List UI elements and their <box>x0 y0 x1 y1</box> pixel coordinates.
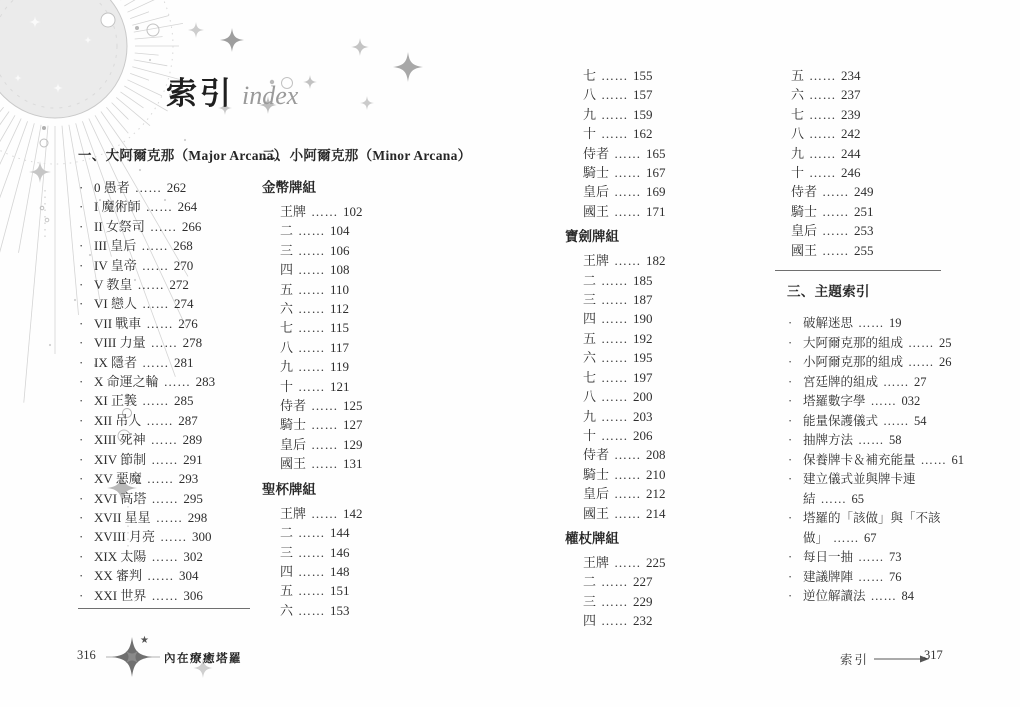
entry-label: 七 <box>583 370 596 385</box>
dots-leader: …… <box>146 413 173 428</box>
entry-page-ref: ……190 <box>596 311 653 326</box>
bullet-icon: · <box>79 547 83 566</box>
entry-page-number: 142 <box>343 506 363 521</box>
sun-ray <box>124 0 153 6</box>
bullet-icon: · <box>788 392 792 412</box>
sun-ray <box>0 112 9 132</box>
index-entry: ·破解迷思……19 <box>787 314 972 334</box>
dots-leader: …… <box>601 389 628 404</box>
entry-page-ref: ……110 <box>293 282 349 297</box>
entry-page-number: 246 <box>841 165 861 180</box>
entry-label: 騎士 <box>583 467 609 482</box>
sun-ray <box>0 123 34 293</box>
entry-page-number: 239 <box>841 107 861 122</box>
footer-section-label: 索引 <box>840 650 869 668</box>
entry-page-ref: ……227 <box>596 574 653 589</box>
dot <box>42 126 46 130</box>
dots-leader: …… <box>614 555 641 570</box>
entry-page-number: 197 <box>633 370 653 385</box>
index-entry: 侍者……249 <box>787 182 967 201</box>
entry-page-number: 281 <box>174 355 194 370</box>
sparkle-star-icon <box>393 52 423 82</box>
index-entry: 騎士……127 <box>262 415 456 434</box>
entry-page-number: 19 <box>889 316 902 330</box>
page-title: 索引index <box>166 68 298 113</box>
index-entry: 王牌……102 <box>262 202 456 221</box>
index-column-wands-continued: 五……234六……237七……239八……242九……244十……246侍者……… <box>787 66 967 271</box>
entry-page-ref: ……129 <box>306 437 363 452</box>
index-entry: 十……162 <box>565 124 753 143</box>
entry-label: 八 <box>791 126 804 141</box>
entry-page-ref: ……225 <box>609 555 666 570</box>
dots-leader: …… <box>871 589 897 603</box>
entry-page-number: 190 <box>633 311 653 326</box>
entry-page-ref: ……208 <box>609 447 666 462</box>
entry-page-number: 25 <box>939 336 952 350</box>
sun-ray <box>128 80 162 96</box>
bullet-icon: · <box>788 587 792 607</box>
index-entry: ·塔羅的「該做」與「不該做」……67 <box>787 509 972 548</box>
entry-page-number: 127 <box>343 417 363 432</box>
entry-label: 七 <box>280 320 293 335</box>
major-arcana-end-divider <box>78 608 250 609</box>
sparkle-star-icon <box>188 22 204 38</box>
entry-label: 0 愚者 <box>94 180 130 195</box>
dots-leader: …… <box>822 184 849 199</box>
entry-page-ref: ……239 <box>804 107 861 122</box>
index-entry: ·大阿爾克那的組成……25 <box>787 334 972 354</box>
sun-ray <box>106 107 128 133</box>
dots-leader: …… <box>298 564 325 579</box>
entry-page-ref: ……291 <box>146 452 203 467</box>
entry-label: 王牌 <box>280 506 306 521</box>
entry-page-ref: ……117 <box>293 340 349 355</box>
bullet-icon: · <box>788 314 792 334</box>
entry-page-ref: ……255 <box>817 243 874 258</box>
entry-page-ref: ……73 <box>853 550 902 564</box>
dots-leader: …… <box>298 379 325 394</box>
dots-leader: …… <box>601 126 628 141</box>
dots-leader: …… <box>298 223 325 238</box>
entry-page-number: 129 <box>343 437 363 452</box>
entry-label: XVI 高塔 <box>94 491 146 506</box>
index-entry: ·IX 隱者……281 <box>78 353 260 372</box>
entry-page-ref: ……281 <box>137 355 194 370</box>
left-page-number: 316 <box>77 648 96 663</box>
section-header: 一、大阿爾克那（Major Arcana） <box>78 146 260 166</box>
entry-page-number: 229 <box>633 594 653 609</box>
entry-page-ref: ……251 <box>817 204 874 219</box>
bullet-icon: · <box>79 294 83 313</box>
entry-label: 三 <box>280 545 293 560</box>
entry-page-number: 274 <box>174 296 194 311</box>
entry-page-ref: ……25 <box>903 336 952 350</box>
index-entry: 五……234 <box>787 66 967 85</box>
entry-label: 皇后 <box>791 223 817 238</box>
bullet-icon: · <box>788 509 792 529</box>
bullet-icon: · <box>788 431 792 451</box>
entry-page-number: 285 <box>174 393 194 408</box>
index-list: 王牌……182二……185三……187四……190五……192六……195七……… <box>565 251 753 523</box>
dots-leader: …… <box>142 355 169 370</box>
entry-page-number: 102 <box>343 204 363 219</box>
entry-label: 八 <box>280 340 293 355</box>
entry-page-number: 67 <box>864 531 877 545</box>
bullet-icon: · <box>79 197 83 216</box>
dots-leader: …… <box>614 165 641 180</box>
entry-page-number: 151 <box>330 583 350 598</box>
bullet-icon: · <box>788 353 792 373</box>
sun-ray <box>0 115 15 345</box>
index-column-theme-index: 三、主題索引·破解迷思……19·大阿爾克那的組成……25·小阿爾克那的組成……2… <box>787 282 972 607</box>
dots-leader: …… <box>601 613 628 628</box>
entry-label: XIX 太陽 <box>94 549 146 564</box>
index-entry: 國王……255 <box>787 241 967 260</box>
sun-ray <box>0 119 21 320</box>
index-entry: 四……190 <box>565 309 753 328</box>
sun-ray <box>135 53 159 55</box>
index-entry: ·XIII 死神……289 <box>78 430 260 449</box>
entry-page-ref: ……182 <box>609 253 666 268</box>
entry-page-ref: ……302 <box>146 549 203 564</box>
entry-label: 騎士 <box>280 417 306 432</box>
dots-leader: …… <box>614 447 641 462</box>
entry-page-ref: ……253 <box>817 223 874 238</box>
entry-label: 五 <box>280 282 293 297</box>
section-divider <box>775 270 941 271</box>
entry-page-number: 206 <box>633 428 653 443</box>
index-list: ·0 愚者……262·I 魔術師……264·II 女祭司……266·III 皇后… <box>78 178 260 605</box>
dots-leader: …… <box>908 355 934 369</box>
entry-page-ref: ……121 <box>293 379 350 394</box>
speck <box>74 299 76 301</box>
entry-page-number: 144 <box>330 525 350 540</box>
entry-label: V 教皇 <box>94 277 132 292</box>
entry-label: 騎士 <box>791 204 817 219</box>
sun-ray <box>130 12 149 19</box>
entry-label: 六 <box>280 603 293 618</box>
index-entry: 六……237 <box>787 85 967 104</box>
dots-leader: …… <box>298 282 325 297</box>
index-entry: ·V 教皇……272 <box>78 275 260 294</box>
sun-ray <box>0 121 28 324</box>
entry-page-number: 153 <box>330 603 350 618</box>
dots-leader: …… <box>135 180 162 195</box>
entry-page-number: 146 <box>330 545 350 560</box>
dots-leader: …… <box>151 549 178 564</box>
entry-page-number: 65 <box>852 492 865 506</box>
entry-label: 九 <box>280 359 293 374</box>
index-entry: ·X 命運之輪……283 <box>78 372 260 391</box>
entry-page-ref: ……165 <box>609 146 666 161</box>
speck <box>149 59 151 61</box>
ring <box>45 218 49 222</box>
entry-label: 皇后 <box>583 184 609 199</box>
index-entry: 七……155 <box>565 66 753 85</box>
entry-label: 七 <box>791 107 804 122</box>
dots-leader: …… <box>601 350 628 365</box>
entry-page-ref: ……112 <box>293 301 349 316</box>
bullet-icon: · <box>788 412 792 432</box>
entry-page-ref: ……274 <box>137 296 194 311</box>
inner-tick-ring <box>0 0 117 108</box>
index-entry: 九……244 <box>787 144 967 163</box>
entry-label: 三 <box>583 594 596 609</box>
entry-page-ref: ……155 <box>596 68 653 83</box>
sparkle-star-icon <box>351 38 369 56</box>
index-entry: ·建議牌陣……76 <box>787 568 972 588</box>
dots-leader: …… <box>298 525 325 540</box>
dots-leader: …… <box>809 126 836 141</box>
index-entry: 王牌……225 <box>565 553 753 572</box>
index-entry: 七……239 <box>787 105 967 124</box>
entry-page-ref: ……249 <box>817 184 874 199</box>
entry-page-number: 167 <box>646 165 666 180</box>
entry-label: IV 皇帝 <box>94 258 137 273</box>
entry-page-ref: ……266 <box>145 219 202 234</box>
index-entry: 皇后……129 <box>262 435 456 454</box>
index-entry: ·逆位解讀法……84 <box>787 587 972 607</box>
page-title-zh: 索引 <box>166 76 234 111</box>
entry-label: 逆位解讀法 <box>803 589 866 603</box>
entry-label: 八 <box>583 389 596 404</box>
entry-label: 二 <box>583 574 596 589</box>
entry-page-number: 106 <box>330 243 350 258</box>
entry-page-ref: ……153 <box>293 603 350 618</box>
dots-leader: …… <box>601 331 628 346</box>
dots-leader: …… <box>311 417 338 432</box>
entry-page-ref: ……151 <box>293 583 350 598</box>
entry-page-ref: ……306 <box>146 588 203 603</box>
entry-page-number: 251 <box>854 204 874 219</box>
sun-ray <box>135 37 163 39</box>
dots-leader: …… <box>164 374 191 389</box>
entry-page-ref: ……185 <box>596 273 653 288</box>
entry-page-ref: ……206 <box>596 428 653 443</box>
bullet-icon: · <box>79 217 83 236</box>
entry-page-ref: ……19 <box>853 316 902 330</box>
entry-page-ref: ……262 <box>130 180 187 195</box>
entry-page-number: 155 <box>633 68 653 83</box>
index-entry: 四……232 <box>565 611 753 630</box>
index-list: 七……155八……157九……159十……162侍者……165騎士……167皇后… <box>565 66 753 221</box>
dots-leader: …… <box>809 87 836 102</box>
index-entry: 九……203 <box>565 407 753 426</box>
entry-page-ref: ……298 <box>151 510 208 525</box>
bullet-icon: · <box>79 275 83 294</box>
entry-page-number: 84 <box>902 589 915 603</box>
entry-label: 能量保護儀式 <box>803 414 878 428</box>
entry-page-number: 182 <box>646 253 666 268</box>
entry-page-number: 195 <box>633 350 653 365</box>
bullet-icon: · <box>79 566 83 585</box>
entry-page-ref: ……246 <box>804 165 861 180</box>
ring <box>40 206 44 210</box>
entry-page-number: 121 <box>330 379 350 394</box>
dots-leader: …… <box>601 594 628 609</box>
entry-page-number: 169 <box>646 184 666 199</box>
entry-page-ref: ……264 <box>141 199 198 214</box>
index-entry: ·VIII 力量……278 <box>78 333 260 352</box>
entry-page-ref: ……287 <box>141 413 198 428</box>
entry-label: 皇后 <box>583 486 609 501</box>
entry-label: 二 <box>280 223 293 238</box>
entry-page-number: 104 <box>330 223 350 238</box>
entry-page-number: 73 <box>889 550 902 564</box>
index-entry: ·XX 審判……304 <box>78 566 260 585</box>
ring <box>147 24 159 36</box>
entry-label: 王牌 <box>583 253 609 268</box>
entry-page-ref: ……300 <box>155 529 212 544</box>
dots-leader: …… <box>809 68 836 83</box>
entry-label: 二 <box>583 273 596 288</box>
index-entry: 八……117 <box>262 338 456 357</box>
entry-page-ref: ……234 <box>804 68 861 83</box>
entry-label: XV 惡魔 <box>94 471 142 486</box>
entry-page-number: 210 <box>646 467 666 482</box>
entry-page-number: 76 <box>889 570 902 584</box>
index-entry: 皇后……169 <box>565 182 753 201</box>
dots-leader: …… <box>137 277 164 292</box>
entry-page-ref: ……289 <box>146 432 203 447</box>
index-entry: 騎士……251 <box>787 202 967 221</box>
entry-label: XIV 節制 <box>94 452 146 467</box>
dots-leader: …… <box>614 184 641 199</box>
entry-page-number: 283 <box>196 374 216 389</box>
index-entry: 七……197 <box>565 368 753 387</box>
entry-label: 十 <box>791 165 804 180</box>
index-entry: 二……104 <box>262 221 456 240</box>
bullet-icon: · <box>79 372 83 391</box>
entry-page-number: 302 <box>183 549 203 564</box>
page-title-en: index <box>242 81 298 110</box>
index-entry: 八……157 <box>565 85 753 104</box>
dots-leader: …… <box>298 301 325 316</box>
index-entry: 皇后……212 <box>565 484 753 503</box>
entry-label: 塔羅數字學 <box>803 394 866 408</box>
bullet-icon: · <box>79 391 83 410</box>
entry-page-ref: ……032 <box>866 394 921 408</box>
dots-leader: …… <box>146 199 173 214</box>
sun-disc <box>0 0 127 118</box>
entry-label: 三 <box>583 292 596 307</box>
sun-ray <box>24 126 48 403</box>
index-column-minor-arcana-continued: 七……155八……157九……159十……162侍者……165騎士……167皇后… <box>565 66 753 631</box>
dots-leader: …… <box>298 359 325 374</box>
entry-label: 四 <box>280 262 293 277</box>
entry-page-number: 187 <box>633 292 653 307</box>
entry-page-ref: ……54 <box>878 414 927 428</box>
entry-label: VII 戰車 <box>94 316 141 331</box>
suit-subheader: 權杖牌組 <box>565 529 753 549</box>
suit-subheader: 聖杯牌組 <box>262 480 456 500</box>
dots-leader: …… <box>601 370 628 385</box>
entry-label: 六 <box>280 301 293 316</box>
entry-label: II 女祭司 <box>94 219 145 234</box>
entry-label: 抽牌方法 <box>803 433 853 447</box>
entry-page-number: 293 <box>179 471 199 486</box>
bullet-icon: · <box>79 256 83 275</box>
entry-label: 十 <box>280 379 293 394</box>
index-entry: 九……119 <box>262 357 456 376</box>
index-entry: 六……195 <box>565 348 753 367</box>
dots-leader: …… <box>156 510 183 525</box>
entry-page-ref: ……203 <box>596 409 653 424</box>
bullet-icon: · <box>788 470 792 490</box>
entry-page-ref: ……115 <box>293 320 349 335</box>
dots-leader: …… <box>160 529 187 544</box>
dots-leader: …… <box>822 243 849 258</box>
entry-page-ref: ……65 <box>816 492 865 506</box>
dots-leader: …… <box>858 550 884 564</box>
entry-page-number: 192 <box>633 331 653 346</box>
bullet-icon: · <box>79 411 83 430</box>
index-entry: 騎士……210 <box>565 465 753 484</box>
small-solid-star-icon: ★ <box>140 635 149 646</box>
entry-page-number: 237 <box>841 87 861 102</box>
sparkle-star-icon <box>303 75 317 89</box>
dots-leader: …… <box>822 204 849 219</box>
entry-label: 四 <box>280 564 293 579</box>
entry-label: 侍者 <box>280 398 306 413</box>
entry-page-ref: ……200 <box>596 389 653 404</box>
dots-leader: …… <box>614 467 641 482</box>
entry-page-number: 264 <box>178 199 198 214</box>
sparkle-star-icon <box>29 161 51 183</box>
dots-leader: …… <box>614 204 641 219</box>
entry-page-number: 165 <box>646 146 666 161</box>
index-entry: ·IV 皇帝……270 <box>78 256 260 275</box>
entry-page-number: 225 <box>646 555 666 570</box>
entry-label: 保養牌卡＆補充能量 <box>803 453 916 467</box>
dots-leader: …… <box>809 165 836 180</box>
dots-leader: …… <box>298 603 325 618</box>
index-entry: ·XIV 節制……291 <box>78 450 260 469</box>
index-entry: 八……242 <box>787 124 967 143</box>
dots-leader: …… <box>601 428 628 443</box>
entry-page-number: 253 <box>854 223 874 238</box>
entry-page-number: 295 <box>183 491 203 506</box>
entry-label: IX 隱者 <box>94 355 137 370</box>
entry-label: III 皇后 <box>94 238 136 253</box>
index-entry: 王牌……182 <box>565 251 753 270</box>
entry-label: 每日一抽 <box>803 550 853 564</box>
entry-label: X 命運之輪 <box>94 374 159 389</box>
dots-leader: …… <box>298 340 325 355</box>
entry-page-ref: ……102 <box>306 204 363 219</box>
dots-leader: …… <box>601 68 628 83</box>
entry-label: 九 <box>583 409 596 424</box>
index-entry: ·XV 惡魔……293 <box>78 469 260 488</box>
index-entry: 八……200 <box>565 387 753 406</box>
entry-page-number: 212 <box>646 486 666 501</box>
entry-page-ref: ……162 <box>596 126 653 141</box>
dots-leader: …… <box>298 320 325 335</box>
entry-page-ref: ……278 <box>146 335 203 350</box>
entry-page-number: 26 <box>939 355 952 369</box>
entry-page-number: 214 <box>646 506 666 521</box>
entry-page-ref: ……67 <box>828 531 877 545</box>
index-entry: ·XVII 星星……298 <box>78 508 260 527</box>
entry-page-ref: ……169 <box>609 184 666 199</box>
dots-leader: …… <box>151 588 178 603</box>
entry-page-ref: ……212 <box>609 486 666 501</box>
entry-page-ref: ……195 <box>596 350 653 365</box>
entry-page-number: 262 <box>167 180 187 195</box>
entry-page-ref: ……268 <box>136 238 193 253</box>
dots-leader: …… <box>150 219 177 234</box>
dots-leader: …… <box>614 253 641 268</box>
